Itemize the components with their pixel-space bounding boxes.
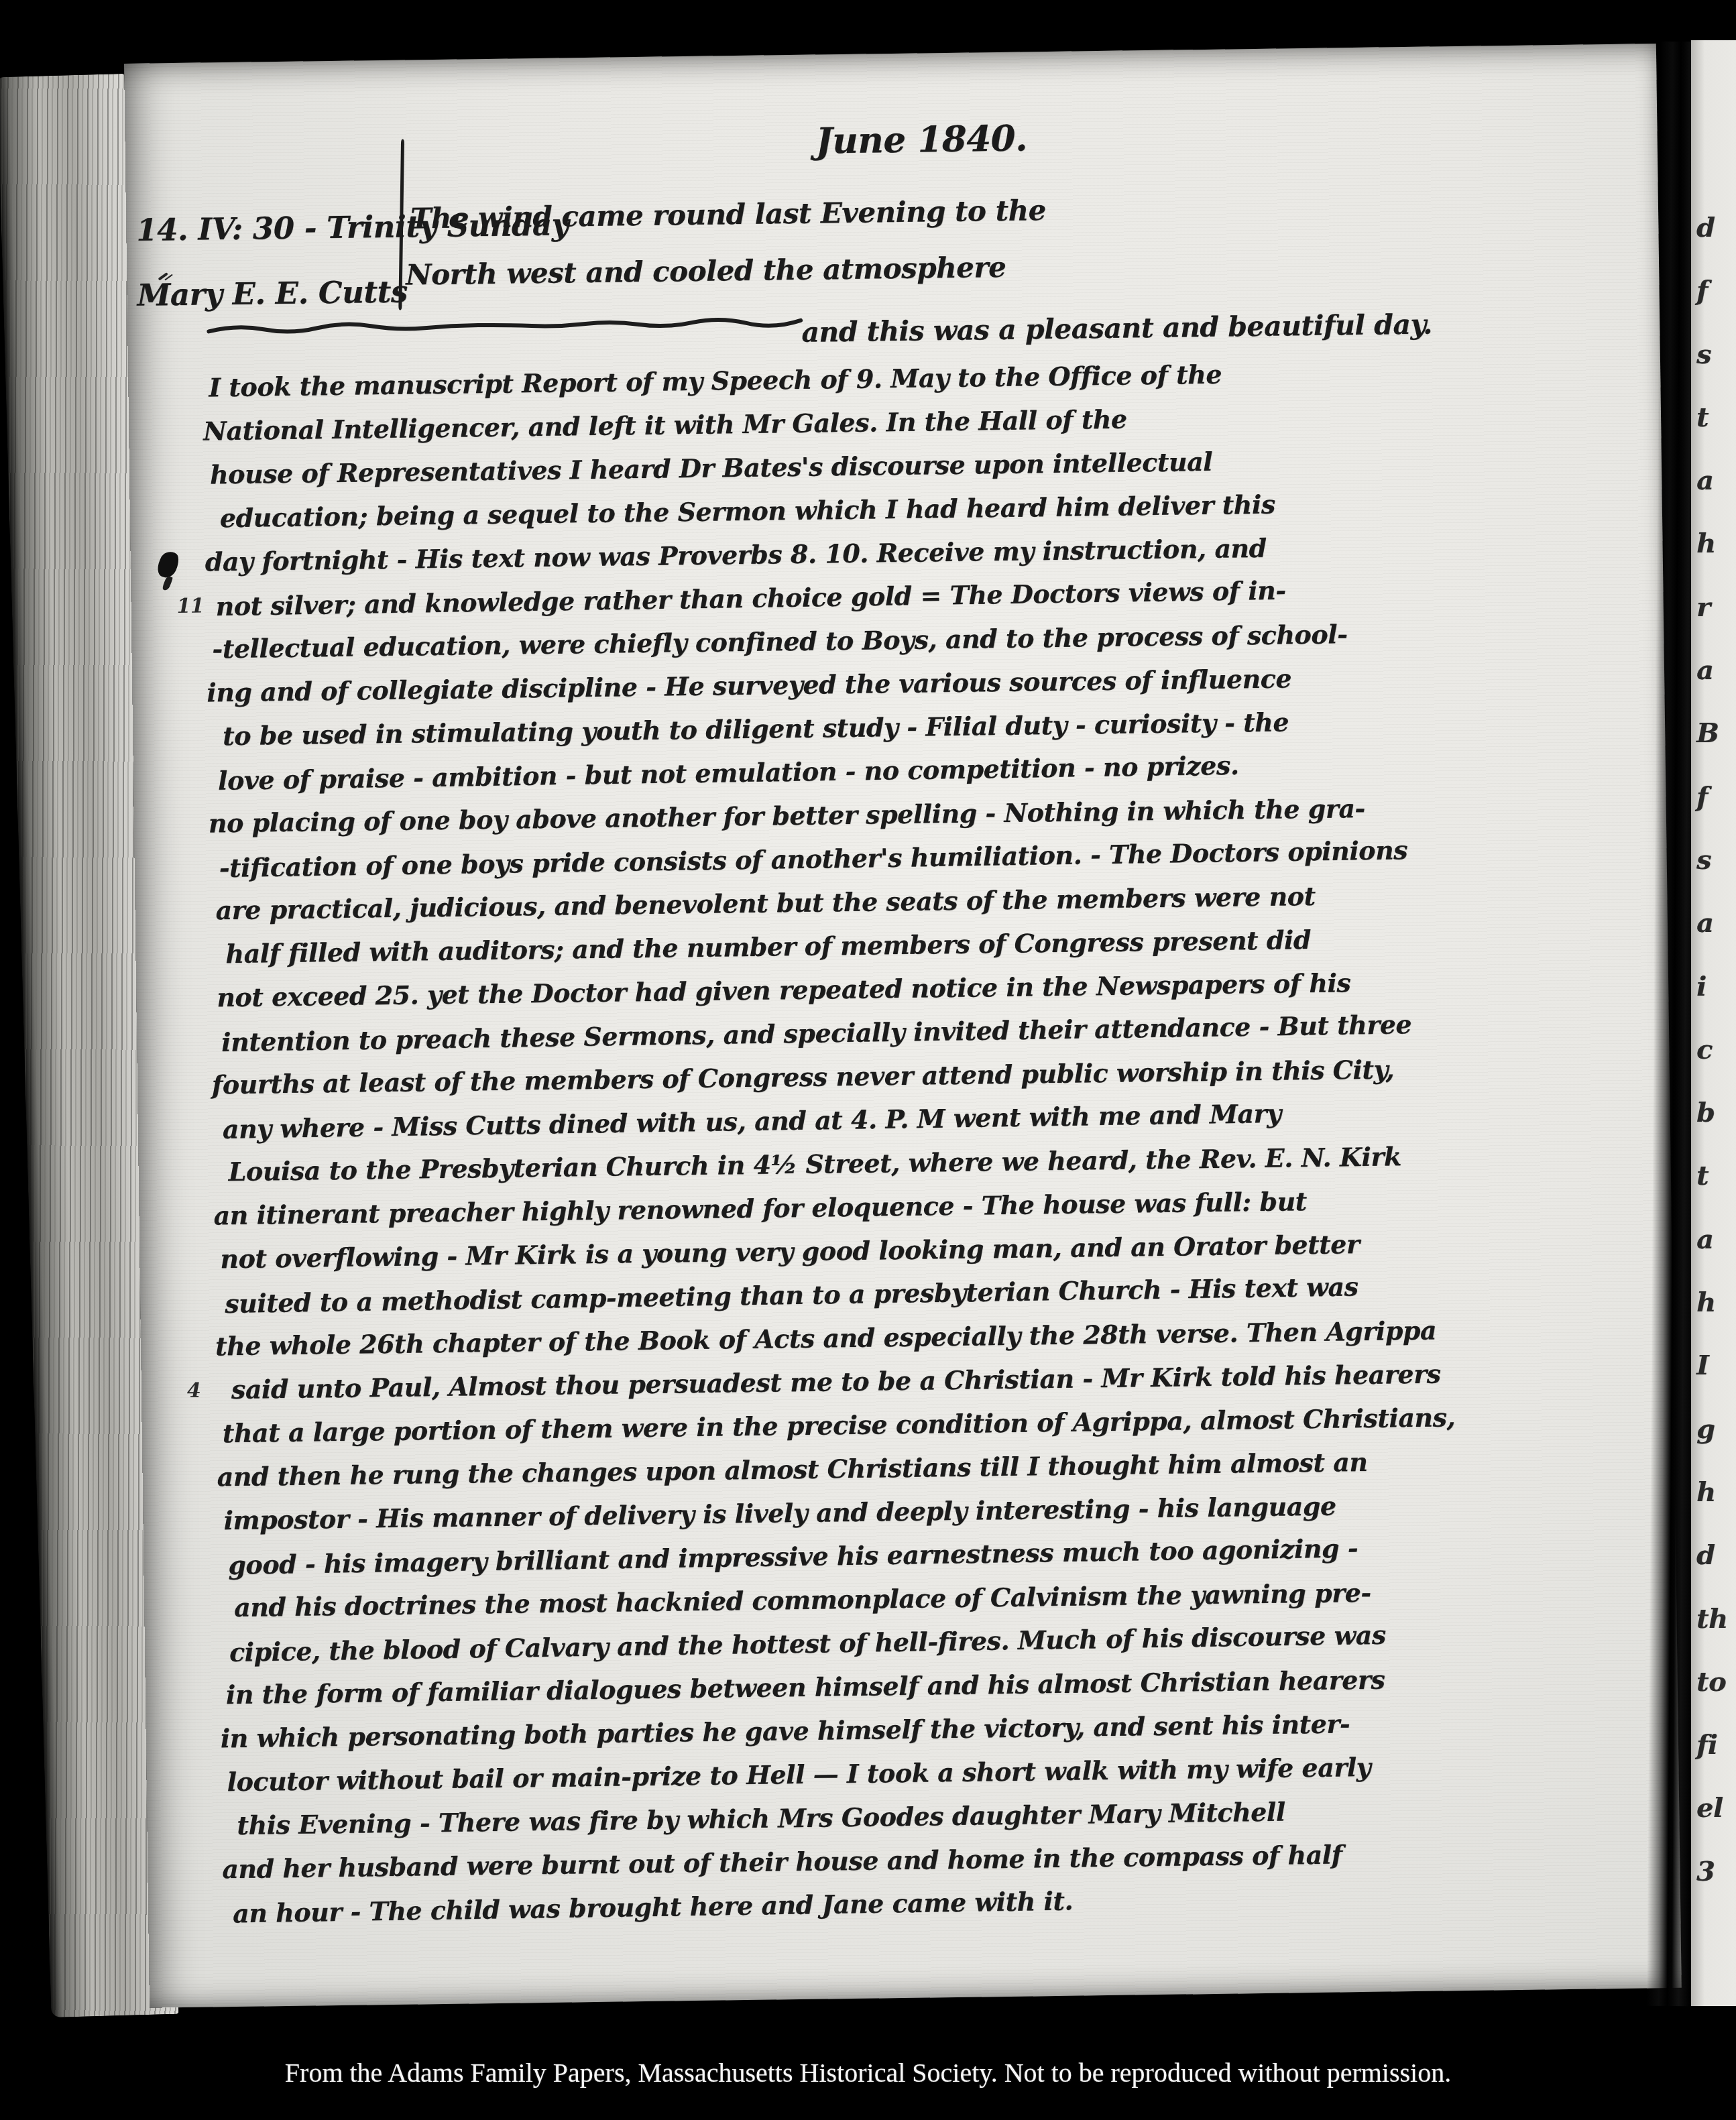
weather-line-3: and this was a pleasant and beautiful da… bbox=[801, 308, 1432, 349]
clipped-handwriting-fragment: f bbox=[1696, 278, 1736, 304]
clipped-handwriting-fragment: el bbox=[1696, 1795, 1736, 1822]
diary-page: 14. IV: 30 - Trinity Sunday Mary E. E. C… bbox=[124, 44, 1682, 2008]
clipped-handwriting-fragment: a bbox=[1696, 467, 1736, 494]
margin-mark: 4 bbox=[187, 1379, 201, 1403]
clipped-handwriting-fragment: h bbox=[1696, 530, 1736, 557]
margin-mark: 11 bbox=[176, 595, 204, 619]
clipped-handwriting-fragment: s bbox=[1696, 847, 1736, 874]
clipped-handwriting-fragment: b bbox=[1696, 1100, 1736, 1126]
clipped-handwriting-fragment: s bbox=[1696, 341, 1736, 368]
clipped-handwriting-fragment: c bbox=[1696, 1037, 1736, 1063]
clipped-handwriting-fragment: B bbox=[1696, 720, 1736, 747]
clipped-handwriting-fragment: t bbox=[1696, 1163, 1736, 1189]
weather-line-2: North west and cooled the atmosphere bbox=[406, 251, 1006, 292]
clipped-handwriting-fragment: fi bbox=[1696, 1732, 1736, 1759]
clipped-handwriting-fragment: d bbox=[1696, 1542, 1736, 1569]
entry-body: I took the manuscript Report of my Speec… bbox=[174, 353, 1660, 1941]
clipped-handwriting-fragment: t bbox=[1696, 404, 1736, 431]
clipped-handwriting-fragment: to bbox=[1696, 1669, 1736, 1696]
clipped-handwriting-fragment: g bbox=[1696, 1416, 1736, 1443]
diary-photo-scene: 14. IV: 30 - Trinity Sunday Mary E. E. C… bbox=[0, 0, 1736, 2120]
clipped-handwriting-fragment: th bbox=[1696, 1606, 1736, 1633]
archive-caption: From the Adams Family Papers, Massachuse… bbox=[0, 2057, 1736, 2088]
line-text: I took the manuscript Report of my Speec… bbox=[209, 359, 1222, 403]
clipped-handwriting-fragment: h bbox=[1696, 1479, 1736, 1506]
clipped-handwriting-fragment: d bbox=[1696, 215, 1736, 241]
clipped-handwriting-fragment: a bbox=[1696, 910, 1736, 937]
clipped-handwriting-fragment: a bbox=[1696, 657, 1736, 684]
entry-month-heading: June 1840. bbox=[815, 117, 1027, 162]
clipped-handwriting-fragment: I bbox=[1696, 1352, 1736, 1379]
clipped-handwriting-fragment: r bbox=[1696, 594, 1736, 621]
clipped-handwriting-fragment: i bbox=[1696, 974, 1736, 1000]
facing-page-sliver: d f s t a h r a B f s a i c b t bbox=[1691, 40, 1736, 2006]
clipped-handwriting-fragment: f bbox=[1696, 784, 1736, 811]
clipped-handwriting-fragment: 3 bbox=[1696, 1859, 1736, 1885]
clipped-handwriting-fragment: h bbox=[1696, 1289, 1736, 1316]
clipped-handwriting-fragment: a bbox=[1696, 1226, 1736, 1253]
